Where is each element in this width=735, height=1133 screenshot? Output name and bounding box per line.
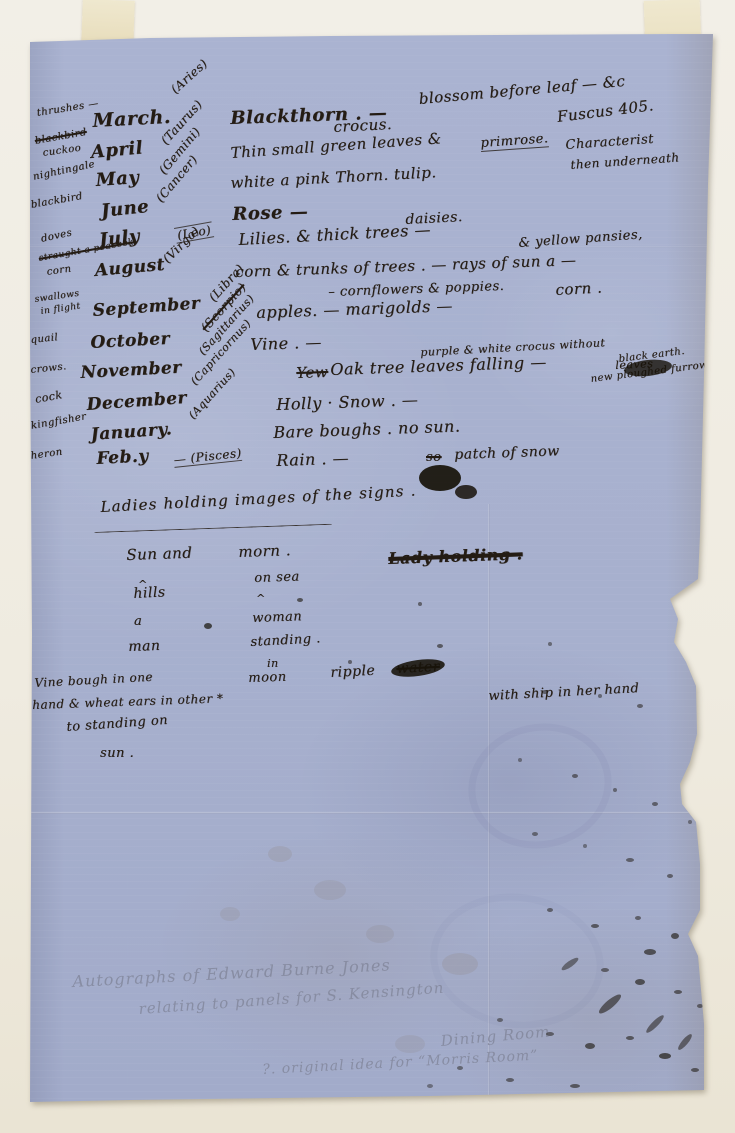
month-september: September [92, 293, 201, 320]
note-man: man [128, 638, 161, 655]
embossed-stamp [457, 710, 624, 861]
entry-october: Vine . — [250, 333, 322, 354]
note-woman: woman [252, 609, 302, 626]
month-november: November [80, 358, 182, 383]
margin-bird-february: heron [30, 447, 63, 462]
entry-april-right1: Characterist [565, 132, 654, 153]
month-june: June [100, 196, 150, 222]
margin-bird-may: nightingale [32, 159, 96, 183]
month-may: May [95, 167, 140, 191]
entry-february: Rain . — [276, 448, 349, 470]
manuscript-paper: blossom before leaf — &c Fuscus 405. thr… [30, 34, 714, 1104]
month-april: April [90, 137, 144, 162]
margin-bird-march: thrushes — [36, 98, 99, 119]
note-vine-bough: Vine bough in one [34, 670, 153, 690]
caret-mark-2: ^ [256, 592, 266, 605]
entry-september: apples. — marigolds — [256, 296, 453, 322]
month-august: August [94, 255, 166, 281]
note-morn: morn . [238, 541, 291, 561]
month-december: December [86, 388, 188, 415]
month-march: March. [92, 106, 171, 132]
entry-june: Rose — [232, 201, 309, 225]
month-january: January. [90, 419, 173, 445]
note-sun-and: Sun and [126, 544, 193, 564]
pencil-autograph-line3: Dining Room [440, 1022, 551, 1050]
entry-december: Holly · Snow . — [276, 390, 419, 414]
entry-july: Lilies. & thick trees — [238, 220, 431, 249]
entry-november-struck: Yew [296, 363, 328, 382]
note-moon: moon [248, 670, 287, 686]
horizontal-crease [30, 812, 714, 814]
note-ripple: ripple [330, 663, 376, 681]
margin-bird-october: quail [30, 332, 59, 346]
note-in: in [267, 657, 279, 670]
margin-bird-november: crows. [30, 361, 67, 376]
embossed-stamp-faint [422, 883, 613, 1040]
margin-bird-april: cuckoo [42, 143, 82, 159]
margin-august: corn [46, 264, 72, 278]
sign-aries: (Aries) [168, 56, 210, 96]
note-with-ship: with ship in her hand [488, 681, 640, 704]
note-a: a [134, 614, 142, 629]
note-on-sea: on sea [254, 569, 300, 586]
entry-february-extra: patch of snow [454, 443, 560, 463]
margin-bird-january: kingfisher [30, 411, 87, 432]
note-hand-wheat: hand & wheat ears in other * [32, 691, 224, 712]
month-february: Feb.y [96, 446, 149, 469]
entry-november: Oak tree leaves falling — [330, 352, 547, 379]
margin-bird-december: cock [34, 388, 63, 406]
pencil-morris-room-line: ?. original idea for “Morris Room” [262, 1048, 539, 1078]
entry-august-interline2: corn . [555, 279, 603, 299]
note-to-standing: to standing on [66, 713, 169, 735]
margin-bird-june: blackbird [30, 191, 84, 211]
entry-april-note: primrose. [480, 131, 549, 152]
note-standing: standing . [250, 631, 321, 650]
ink-specks [30, 34, 714, 1104]
entry-may: white a pink Thorn. tulip. [230, 163, 437, 192]
entry-august: corn & trunks of trees . — rays of sun a… [235, 251, 577, 281]
entry-february-struck: so [426, 450, 442, 465]
note-number: Fuscus 405. [556, 96, 655, 126]
entry-january: Bare boughs . no sun. [273, 416, 461, 442]
margin-bird-july: doves [40, 227, 73, 244]
note-sun: sun . [100, 746, 134, 761]
sign-pisces: — (Pisces) [173, 446, 242, 468]
heading-underline [94, 520, 332, 533]
manuscript-photo: { "ink": { "top_right_line1": "blossom b… [0, 0, 735, 1133]
note-lady-holding-struck: Lady holding . [388, 544, 523, 568]
note-water-struck: water [396, 659, 440, 677]
heading-ladies: Ladies holding images of the signs . [100, 481, 417, 516]
note-hills: hills [133, 584, 166, 602]
entry-april-right2: then underneath [570, 150, 680, 172]
margin-bird-september2: in flight [40, 301, 81, 317]
month-october: October [90, 329, 170, 353]
